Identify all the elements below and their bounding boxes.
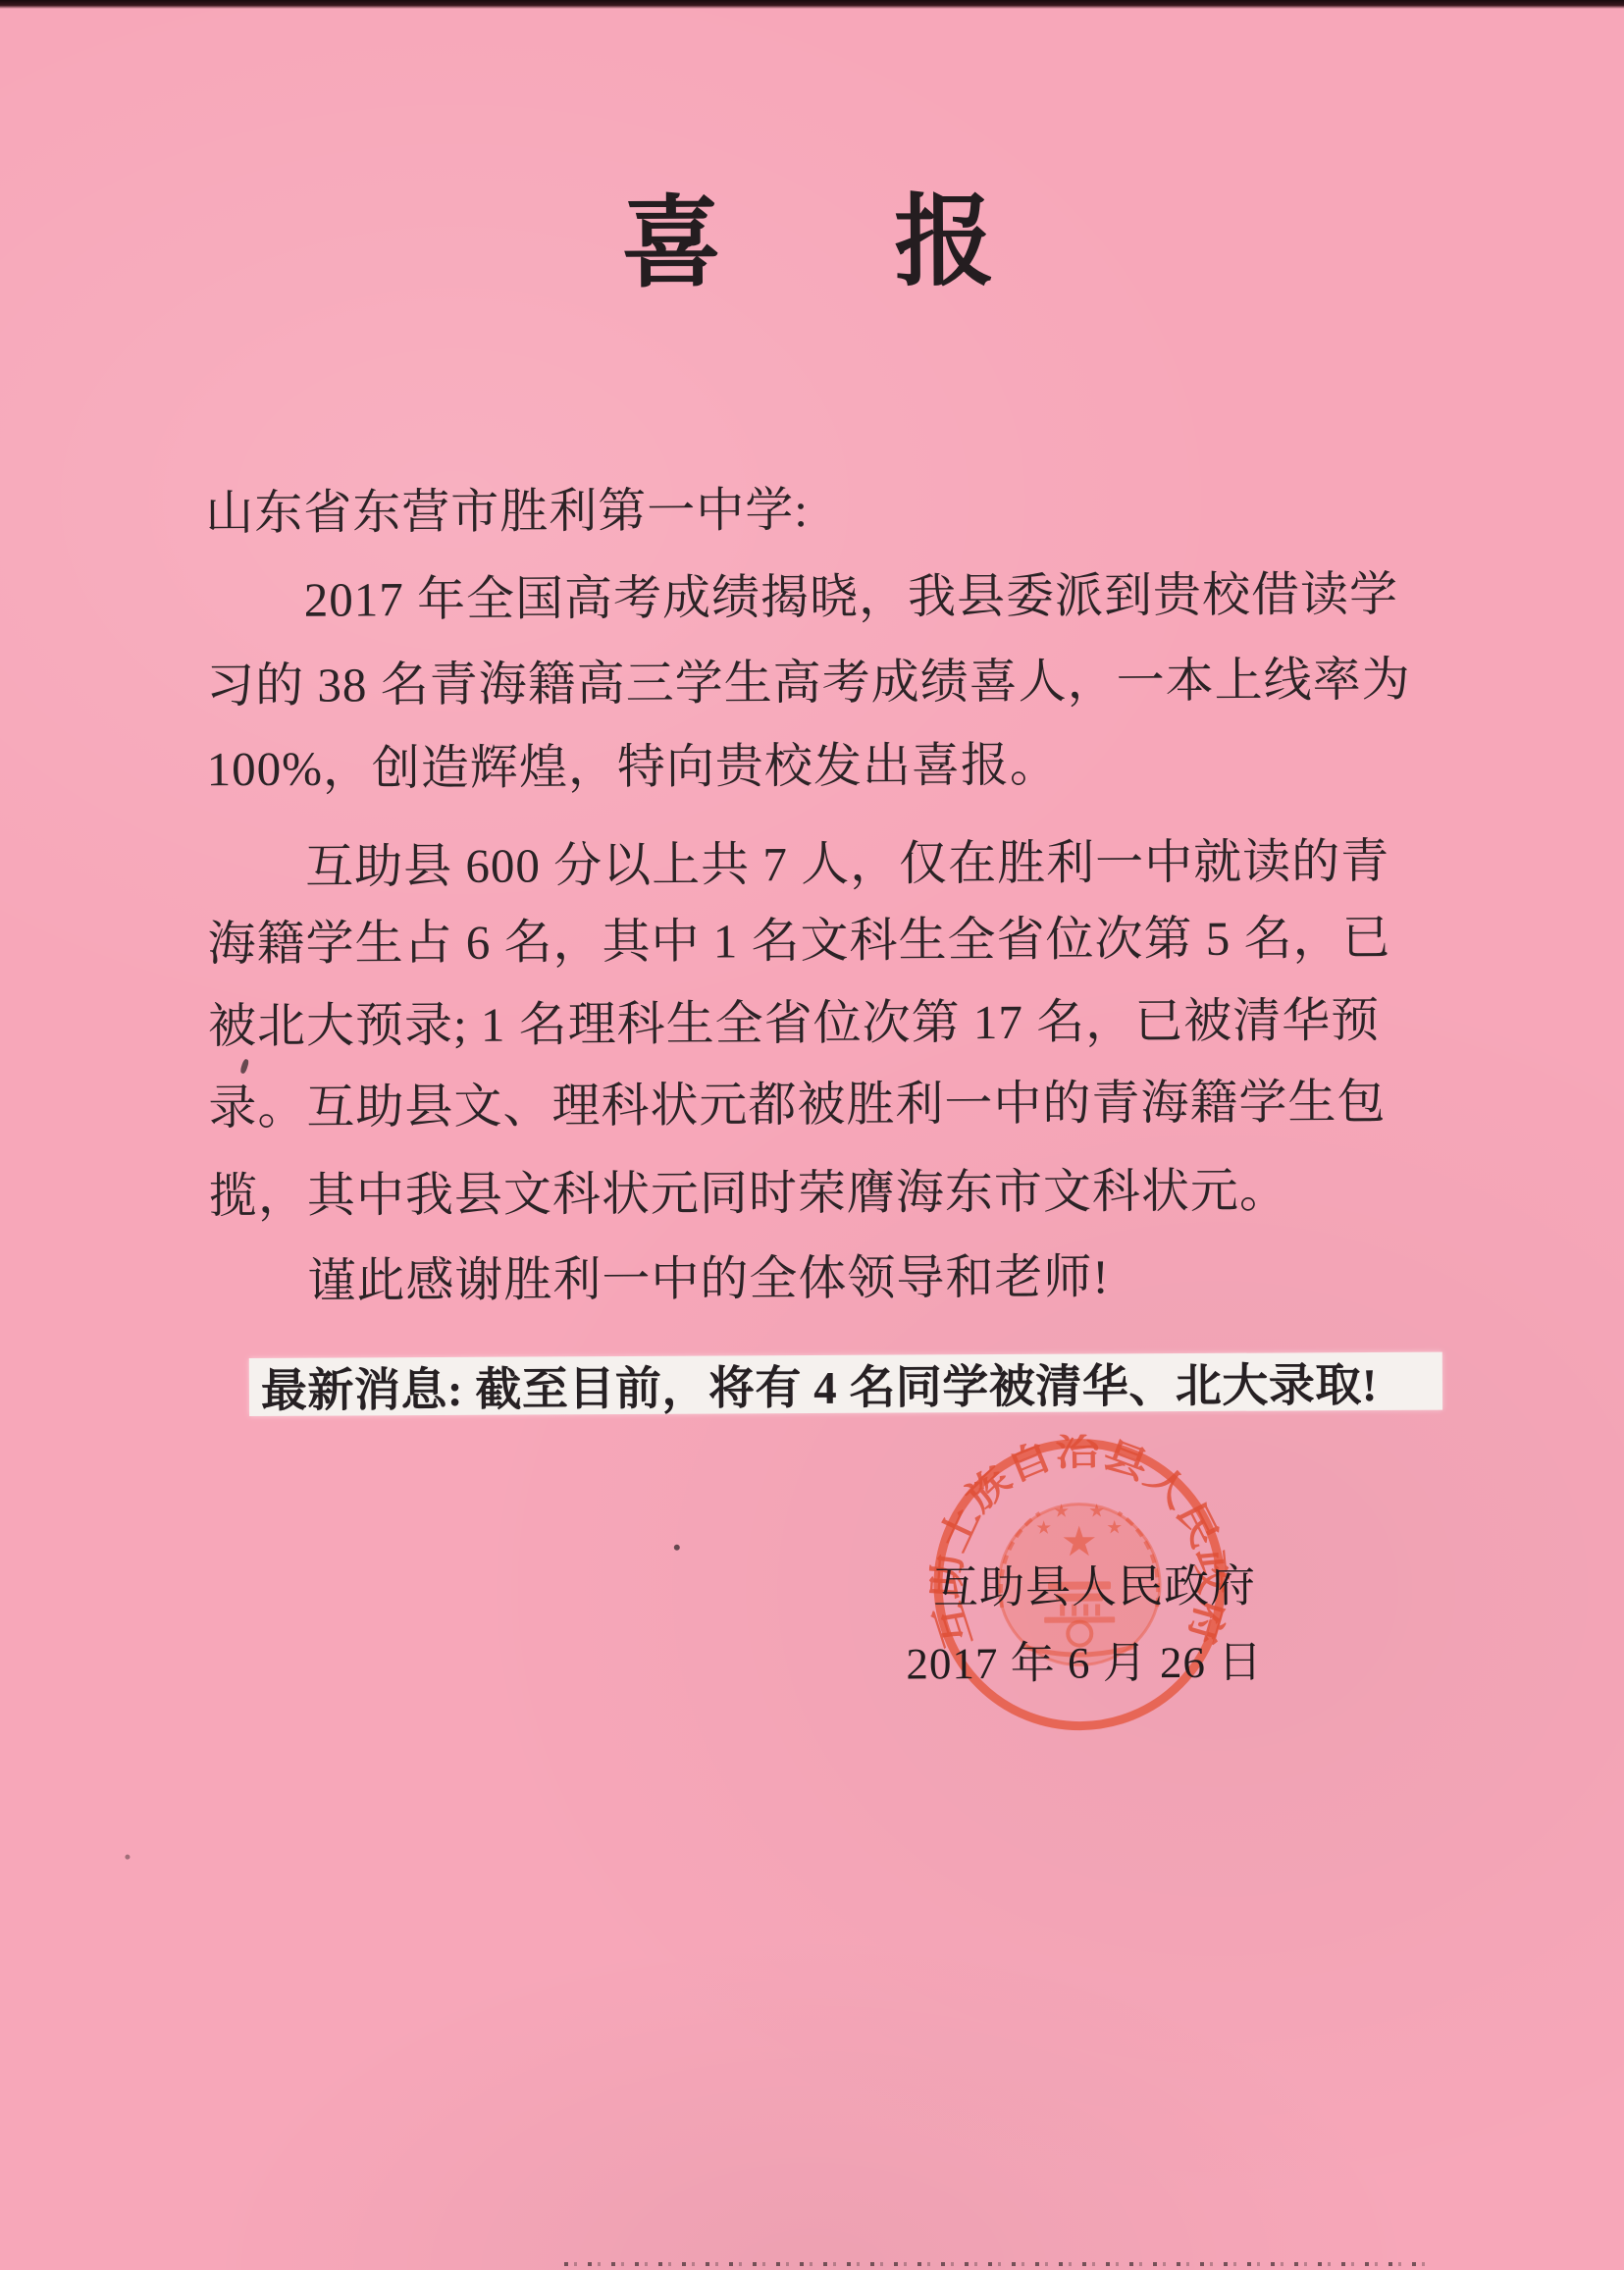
ink-speck <box>125 1855 130 1860</box>
issuer-signature: 互助县人民政府 <box>933 1562 1237 1613</box>
issue-date: 2017 年 6 月 26 日 <box>906 1639 1259 1689</box>
body-line: 习的 38 名青海籍高三学生高考成绩喜人，一本上线率为 <box>206 652 1501 713</box>
scan-edge-artifact-top <box>0 0 1624 9</box>
body-line: 2017 年全国高考成绩揭晓，我县委派到贵校借读学 <box>206 566 1501 628</box>
ink-speck <box>239 1058 249 1074</box>
body-line: 谨此感谢胜利一中的全体领导和老师! <box>209 1247 1504 1309</box>
body-line: 录。互助县文、理科状元都被胜利一中的青海籍学生包 <box>208 1074 1503 1135</box>
scanned-letter-page: 喜 报 山东省东营市胜利第一中学: 2017 年全国高考成绩揭晓，我县委派到贵校… <box>0 0 1624 2270</box>
body-line: 被北大预录; 1 名理科生全省位次第 17 名，已被清华预 <box>208 992 1503 1054</box>
salutation-line: 山东省东营市胜利第一中学: <box>205 479 1500 541</box>
body-line: 100%，创造辉煌，特向贵校发出喜报。 <box>207 735 1502 797</box>
body-line: 海籍学生占 6 名，其中 1 名文科生全省位次第 5 名，已 <box>207 910 1502 972</box>
title-char-right: 报 <box>894 193 995 294</box>
body-line: 互助县 600 分以上共 7 人，仅在胜利一中就读的青 <box>207 833 1502 895</box>
body-line: 揽，其中我县文科状元同时荣膺海东市文科状元。 <box>209 1162 1504 1224</box>
letter-content: 喜 报 山东省东营市胜利第一中学: 2017 年全国高考成绩揭晓，我县委派到贵校… <box>0 0 1624 2270</box>
letter-title: 喜 报 <box>0 190 1620 299</box>
ink-speck <box>674 1545 680 1551</box>
title-char-left: 喜 <box>621 194 722 295</box>
highlight-banner: 最新消息: 截至目前，将有 4 名同学被清华、北大录取! <box>249 1352 1442 1416</box>
scan-edge-artifact-bottom <box>564 2262 1428 2266</box>
